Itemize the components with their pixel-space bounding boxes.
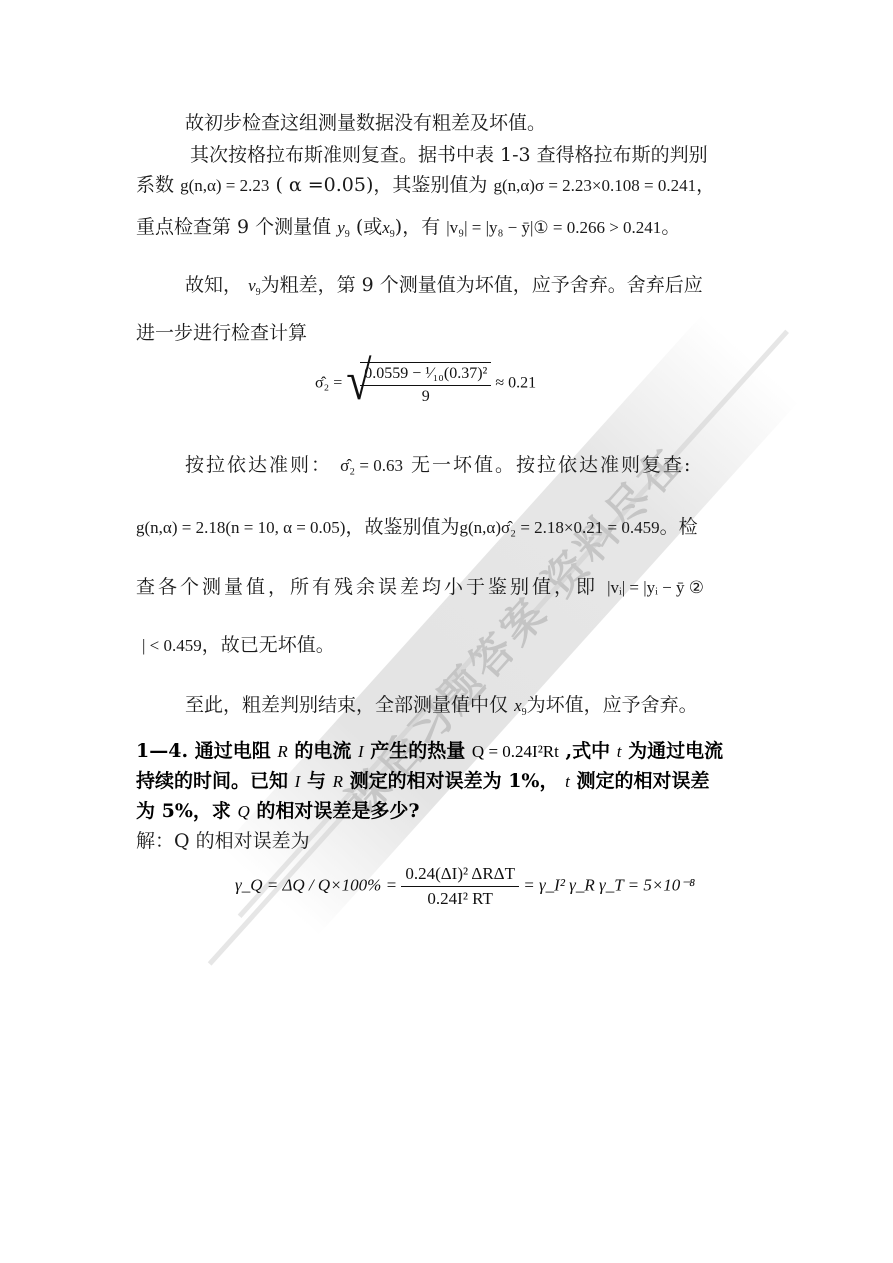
math-inline: g(n,α)σ = 2.23×0.108 = 0.241 [493,176,696,195]
solution-label: 解：Q 的相对误差为 [136,828,751,854]
math-var: y [337,218,345,237]
problem-number: 1—4. [136,740,188,762]
fraction: 0.0559 − ¹⁄₁₀(0.37)² 9 [360,365,491,406]
math-var: R [277,742,287,761]
document-page: 课后习题答案 资料尽在 故初步检查这组测量数据没有粗差及坏值。 其次按格拉布斯准… [0,0,893,1263]
radicand: 0.0559 − ¹⁄₁₀(0.37)² 9 [360,362,491,406]
punct: 。 [661,216,680,238]
denominator: 9 [360,386,491,406]
numerator: 0.24(ΔI)² ΔRΔT [401,864,519,887]
paragraph-line: g(n,α) = 2.18(n = 10, α = 0.05)，故鉴别值为g(n… [136,514,751,541]
fraction: 0.24(ΔI)² ΔRΔT 0.24I² RT [401,864,519,909]
text: 测定的相对误差为 1%， [350,770,559,792]
math-var: I [295,772,301,791]
text: 持续的时间。已知 [136,770,288,792]
text: 其次按格拉布斯准则复查。据书中表 1-3 查得格拉布斯的判别 [190,144,708,166]
text: 为通过电流 [628,740,723,762]
text: 查各个测量值，所有残余误差均小于鉴别值，即 [136,576,598,598]
numerator: 0.0559 − ¹⁄₁₀(0.37)² [360,365,491,386]
paragraph-line: 至此，粗差判别结束，全部测量值中仅 x9为坏值，应予舍弃。 [185,692,800,726]
math-var: x [382,218,390,237]
text: ，故鉴别值为 [345,516,459,538]
math-var: R [333,772,343,791]
text: ,式中 [565,740,610,762]
formula-relative-error: γ_Q = ΔQ / Q×100% = 0.24(ΔI)² ΔRΔT 0.24I… [235,864,695,909]
text: 为粗差，第 9 个测量值为坏值，应予舍弃。舍弃后应 [261,274,703,296]
text: (或 [356,216,382,238]
paragraph-line: 其次按格拉布斯准则复查。据书中表 1-3 查得格拉布斯的判别 [190,142,805,168]
math-var: t [617,742,622,761]
text: 为 5%，求 [136,800,231,822]
paragraph-line: 系数 g(n,α) = 2.23 ( α =0.05)，其鉴别值为 g(n,α)… [136,172,751,199]
math-inline: Q = 0.24I²Rt [472,742,559,761]
formula-sigma2: σ̂₂ = √ 0.0559 − ¹⁄₁₀(0.37)² 9 ≈ 0.21 [315,362,536,406]
formula-lhs: γ_Q = ΔQ / Q×100% = [235,875,397,894]
text: 无一坏值。按拉依达准则复查: [411,454,692,476]
text: 重点检查第 9 个测量值 [136,216,331,238]
sqrt: √ 0.0559 − ¹⁄₁₀(0.37)² 9 [346,362,491,406]
text: 。检 [660,516,698,538]
math-inline: g(n,α) = 2.23 [180,176,269,195]
paragraph-line: 重点检查第 9 个测量值 y9 (或x9)，有 |v₉| = |y₈ − ȳ|①… [136,214,751,248]
math-var: x [514,696,522,715]
paragraph-line: | < 0.459，故已无坏值。 [142,632,757,659]
text: 与 [307,770,326,792]
text: ，故已无坏值。 [202,634,335,656]
paragraph-line: 按拉依达准则： σ̂₂ = 0.63 无一坏值。按拉依达准则复查: [185,452,800,479]
text: ( α =0.05)，其鉴别值为 [275,174,487,196]
math-inline: σ̂₂ = 0.63 [340,456,403,475]
paragraph-line: 故知， v9为粗差，第 9 个测量值为坏值，应予舍弃。舍弃后应 [185,272,800,306]
math-var: I [358,742,364,761]
math-inline: g(n,α) = 2.18(n = 10, α = 0.05) [136,518,345,537]
text: 的电流 [294,740,351,762]
text: 故知， [185,274,242,296]
denominator: 0.24I² RT [401,887,519,909]
text: 按拉依达准则： [185,454,332,476]
text: 通过电阻 [195,740,271,762]
math-inline: | < 0.459 [142,636,202,655]
math-inline: |vᵢ| = |yᵢ − ȳ ② [607,578,704,597]
text: 测定的相对误差 [576,770,709,792]
punct: ， [696,174,715,196]
math-sub: 9 [345,229,350,240]
problem-line: 1—4. 通过电阻 R 的电流 I 产生的热量 Q = 0.24I²Rt ,式中… [136,738,751,765]
text: 的相对误差是多少? [256,800,419,822]
text: )，有 [395,216,440,238]
formula-rhs: = γ_I² γ_R γ_T = 5×10⁻⁸ [523,875,695,894]
text: 为坏值，应予舍弃。 [527,694,698,716]
text: 进一步进行检查计算 [136,322,307,344]
math-inline: g(n,α)σ̂₂ = 2.18×0.21 = 0.459 [460,518,660,537]
text: 解：Q 的相对误差为 [136,830,310,852]
problem-line: 为 5%，求 Q 的相对误差是多少? [136,798,751,825]
text: 故初步检查这组测量数据没有粗差及坏值。 [185,112,546,134]
math-var: t [565,772,570,791]
formula-lhs: σ̂₂ = [315,375,342,392]
radical-sign-icon: √ [346,353,371,408]
text: 系数 [136,174,174,196]
text: 产生的热量 [370,740,465,762]
paragraph-line: 查各个测量值，所有残余误差均小于鉴别值，即 |vᵢ| = |yᵢ − ȳ ② [136,574,751,601]
paragraph-line: 故初步检查这组测量数据没有粗差及坏值。 [185,110,800,136]
math-inline: |v₉| = |y₈ − ȳ|① = 0.266 > 0.241 [446,218,661,237]
math-var: Q [238,802,250,821]
paragraph-line: 进一步进行检查计算 [136,320,751,346]
problem-line: 持续的时间。已知 I 与 R 测定的相对误差为 1%， t 测定的相对误差 [136,768,751,795]
text: 至此，粗差判别结束，全部测量值中仅 [185,694,508,716]
math-var: v [248,276,256,295]
formula-rhs: ≈ 0.21 [495,375,536,392]
